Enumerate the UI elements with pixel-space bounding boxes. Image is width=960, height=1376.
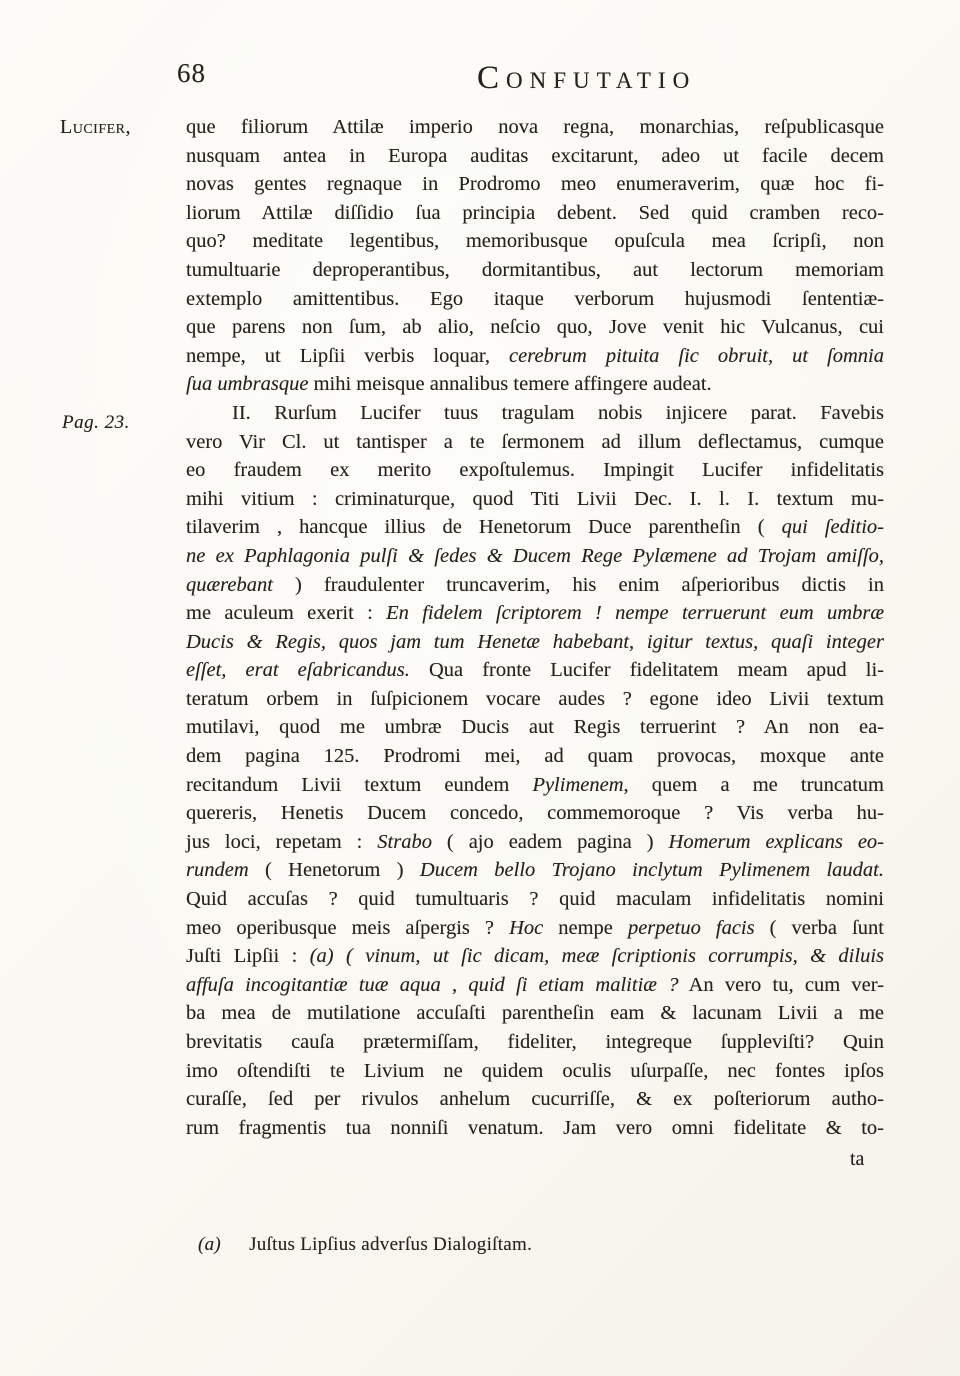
roman-text: ( ajo eadem pagina ) xyxy=(432,831,669,853)
text-line: ſua umbrasque mihi meisque annalibus tem… xyxy=(186,370,884,399)
roman-text: vero Vir Cl. ut tantisper a te ſermonem … xyxy=(186,431,884,453)
text-line: eſſet, erat eſabricandus. Qua fronte Luc… xyxy=(186,656,884,685)
text-line: nempe, ut Lipſii verbis loquar, cerebrum… xyxy=(186,342,884,371)
text-line: jus loci, repetam : Strabo ( ajo eadem p… xyxy=(186,828,884,857)
body-text: que filiorum Attilæ imperio nova regna, … xyxy=(186,113,884,1142)
roman-text: novas gentes regnaque in Prodromo meo en… xyxy=(186,173,884,195)
italic-text: qui ſeditio- xyxy=(782,516,884,538)
text-line: teratum orbem in ſuſpicionem vocare aude… xyxy=(186,685,884,714)
text-line: que filiorum Attilæ imperio nova regna, … xyxy=(186,113,884,142)
roman-text: ) fraudulenter truncaverim, his enim aſp… xyxy=(273,574,884,596)
italic-text: ſua umbrasque xyxy=(186,373,308,395)
text-line: Juſti Lipſii : (a) ( vinum, ut ſic dicam… xyxy=(186,942,884,971)
text-line: II. Rurſum Lucifer tuus tragulam nobis i… xyxy=(186,399,884,428)
italic-text: Ducis & Regis, quos jam tum Henetæ habeb… xyxy=(186,631,884,653)
roman-text: teratum orbem in ſuſpicionem vocare aude… xyxy=(186,688,884,710)
text-line: extemplo amittentibus. Ego itaque verbor… xyxy=(186,285,884,314)
margin-note-author: Lucifer, xyxy=(60,116,131,139)
roman-text: nempe xyxy=(543,917,628,939)
roman-text: meo operibusque meis aſpergis ? xyxy=(186,917,509,939)
text-line: imo oſtendiſti te Livium ne quidem oculi… xyxy=(186,1057,884,1086)
roman-text: imo oſtendiſti te Livium ne quidem oculi… xyxy=(186,1060,884,1082)
catchword: ta xyxy=(850,1148,864,1171)
roman-text: Qua fronte Lucifer fidelitatem meam apud… xyxy=(410,659,884,681)
text-line: rum fragmentis tua nonniſi venatum. Jam … xyxy=(186,1114,884,1143)
roman-text: me aculeum exerit : xyxy=(186,602,386,624)
italic-text: cerebrum pituita ſic obruit, ut ſomnia xyxy=(509,345,884,367)
roman-text: mihi meisque annalibus temere affingere … xyxy=(308,373,711,395)
text-line: nusquam antea in Europa auditas excitaru… xyxy=(186,142,884,171)
text-line: ba mea de mutilatione accuſaſti parenthe… xyxy=(186,999,884,1028)
text-line: ne ex Paphlagonia pulſi & ſedes & Ducem … xyxy=(186,542,884,571)
roman-text: brevitatis cauſa prætermiſſam, fideliter… xyxy=(186,1031,884,1053)
roman-text: Quid accuſas ? quid tumultuaris ? quid m… xyxy=(186,888,884,910)
text-line: brevitatis cauſa prætermiſſam, fideliter… xyxy=(186,1028,884,1057)
roman-text: recitandum Livii textum eundem xyxy=(186,774,532,796)
roman-text: que filiorum Attilæ imperio nova regna, … xyxy=(186,116,884,138)
roman-text: tilaverim , hancque illius de Henetorum … xyxy=(186,516,782,538)
margin-note-page-ref: Pag. 23. xyxy=(62,412,130,434)
roman-text: eo fraudem ex merito expoſtulemus. Impin… xyxy=(186,459,884,481)
text-line: tumultuarie deproperantibus, dormitantib… xyxy=(186,256,884,285)
page-number: 68 xyxy=(177,58,206,89)
text-line: quo? meditate legentibus, memoribusque o… xyxy=(186,227,884,256)
italic-text: perpetuo facis xyxy=(628,917,755,939)
italic-text: ne ex Paphlagonia pulſi & ſedes & Ducem … xyxy=(186,545,884,567)
text-line: tilaverim , hancque illius de Henetorum … xyxy=(186,513,884,542)
roman-text: curaſſe, ſed per rivulos anhelum cucurri… xyxy=(186,1088,884,1110)
roman-text: dem pagina 125. Prodromi mei, ad quam pr… xyxy=(186,745,884,767)
text-line: que parens non ſum, ab alio, neſcio quo,… xyxy=(186,313,884,342)
footnote: (a)Juſtus Lipſius adverſus Dialogiſtam. xyxy=(198,1234,532,1256)
text-line: affuſa incogitantiæ tuæ aqua , quid ſi e… xyxy=(186,971,884,1000)
book-page-scan: 68 Confutatio Lucifer, Pag. 23. que fili… xyxy=(0,0,960,1376)
roman-text: que parens non ſum, ab alio, neſcio quo,… xyxy=(186,316,884,338)
italic-text: affuſa incogitantiæ tuæ aqua , quid ſi e… xyxy=(186,974,678,996)
footnote-marker: (a) xyxy=(198,1234,221,1255)
roman-text: quo? meditate legentibus, memoribusque o… xyxy=(186,230,884,252)
text-line: Quid accuſas ? quid tumultuaris ? quid m… xyxy=(186,885,884,914)
italic-text: Pylimenem xyxy=(532,774,623,796)
text-line: Ducis & Regis, quos jam tum Henetæ habeb… xyxy=(186,628,884,657)
text-line: liorum Attilæ diſſidio ſua principia deb… xyxy=(186,199,884,228)
roman-text: Juſti Lipſii : xyxy=(186,945,310,967)
italic-text: eſſet, erat eſabricandus. xyxy=(186,659,410,681)
footnote-text: Juſtus Lipſius adverſus Dialogiſtam. xyxy=(249,1234,532,1255)
roman-text: , quem a me truncatum xyxy=(624,774,884,796)
italic-text: Homerum explicans eo- xyxy=(669,831,884,853)
italic-text: Hoc xyxy=(509,917,543,939)
roman-text: quereris, Henetis Ducem concedo, commemo… xyxy=(186,802,884,824)
italic-text: Ducem bello Trojano inclytum Pylimenem l… xyxy=(420,859,884,881)
roman-text: mihi vitium : criminaturque, quod Titi L… xyxy=(186,488,884,510)
roman-text: jus loci, repetam : xyxy=(186,831,377,853)
text-line: rundem ( Henetorum ) Ducem bello Trojano… xyxy=(186,856,884,885)
roman-text: mutilavi, quod me umbræ Ducis aut Regis … xyxy=(186,716,884,738)
text-line: quereris, Henetis Ducem concedo, commemo… xyxy=(186,799,884,828)
text-line: vero Vir Cl. ut tantisper a te ſermonem … xyxy=(186,428,884,457)
roman-text: nempe, ut Lipſii verbis loquar, xyxy=(186,345,509,367)
text-line: eo fraudem ex merito expoſtulemus. Impin… xyxy=(186,456,884,485)
roman-text: nusquam antea in Europa auditas excitaru… xyxy=(186,145,884,167)
roman-text: liorum Attilæ diſſidio ſua principia deb… xyxy=(186,202,884,224)
text-line: quærebant ) fraudulenter truncaverim, hi… xyxy=(186,571,884,600)
roman-text: ( Henetorum ) xyxy=(249,859,420,881)
roman-text: ba mea de mutilatione accuſaſti parenthe… xyxy=(186,1002,884,1024)
text-line: dem pagina 125. Prodromi mei, ad quam pr… xyxy=(186,742,884,771)
italic-text: quærebant xyxy=(186,574,273,596)
running-title: Confutatio xyxy=(477,60,696,97)
text-line: novas gentes regnaque in Prodromo meo en… xyxy=(186,170,884,199)
text-line: mihi vitium : criminaturque, quod Titi L… xyxy=(186,485,884,514)
italic-text: Strabo xyxy=(377,831,432,853)
roman-text: extemplo amittentibus. Ego itaque verbor… xyxy=(186,288,884,310)
roman-text: rum fragmentis tua nonniſi venatum. Jam … xyxy=(186,1117,884,1139)
text-line: mutilavi, quod me umbræ Ducis aut Regis … xyxy=(186,713,884,742)
roman-text: tumultuarie deproperantibus, dormitantib… xyxy=(186,259,884,281)
roman-text: An vero tu, cum ver- xyxy=(678,974,884,996)
italic-text: En fidelem ſcriptorem ! nempe terruerunt… xyxy=(386,602,884,624)
italic-text: (a) ( vinum, ut ſic dicam, meæ ſcription… xyxy=(310,945,884,967)
text-line: meo operibusque meis aſpergis ? Hoc nemp… xyxy=(186,914,884,943)
text-line: curaſſe, ſed per rivulos anhelum cucurri… xyxy=(186,1085,884,1114)
roman-text: ( verba ſunt xyxy=(755,917,884,939)
text-line: recitandum Livii textum eundem Pylimenem… xyxy=(186,771,884,800)
text-line: me aculeum exerit : En fidelem ſcriptore… xyxy=(186,599,884,628)
roman-text: II. Rurſum Lucifer tuus tragulam nobis i… xyxy=(232,402,884,424)
italic-text: rundem xyxy=(186,859,249,881)
